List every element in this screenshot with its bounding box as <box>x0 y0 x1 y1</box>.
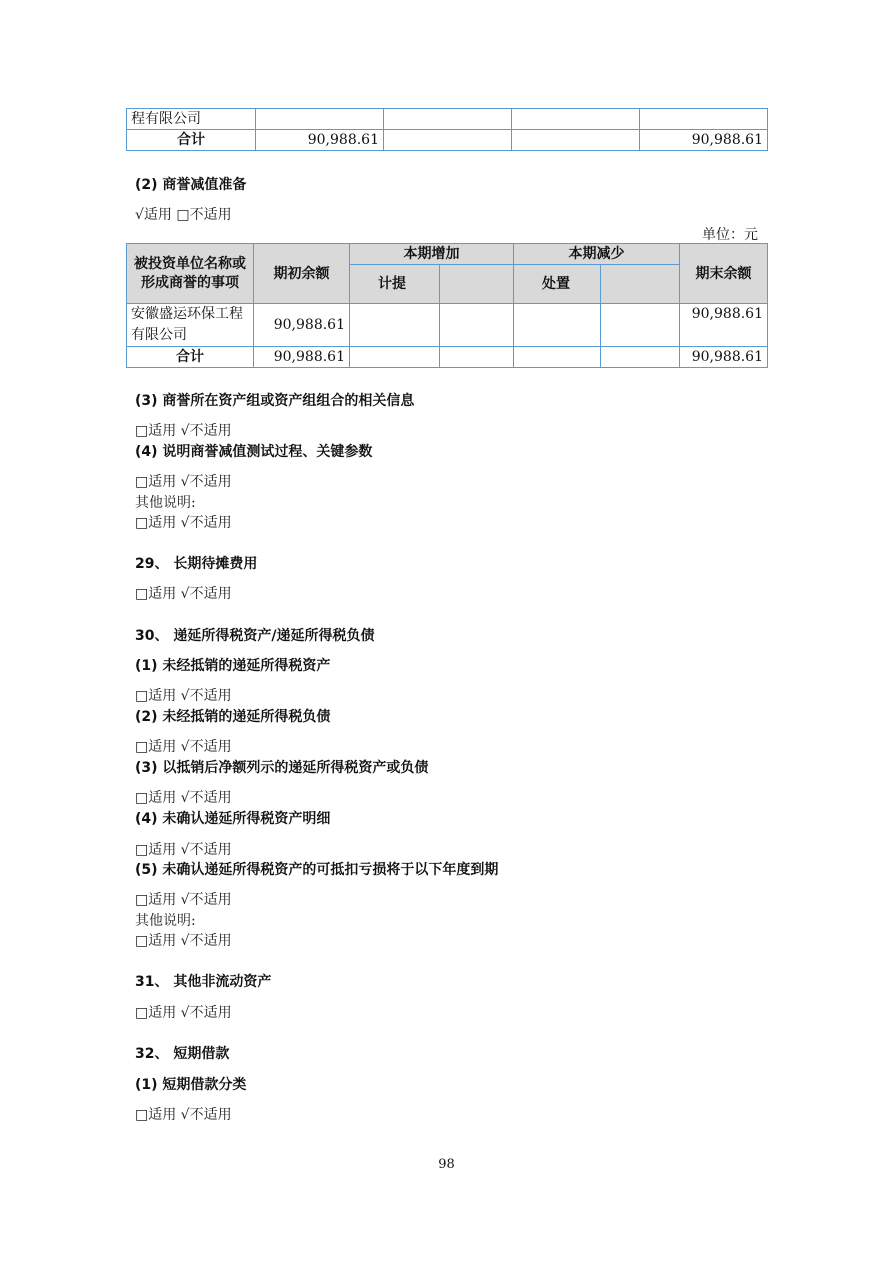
cell-opening: 90,988.61 <box>254 347 350 368</box>
applicability-status: □适用 √不适用 <box>135 889 232 909</box>
other-note-label: 其他说明: <box>135 910 196 930</box>
header-opening: 期初余额 <box>254 244 350 304</box>
cell-dec2 <box>601 347 680 368</box>
section-heading: (3) 以抵销后净额列示的递延所得税资产或负债 <box>135 757 428 777</box>
applicability-status: □适用 √不适用 <box>135 420 232 440</box>
page-number: 98 <box>0 1157 893 1172</box>
cell-closing: 90,988.61 <box>640 130 768 151</box>
item-heading: 32、 短期借款 <box>135 1043 229 1063</box>
section-heading: (4) 未确认递延所得税资产明细 <box>135 808 330 828</box>
cell-closing <box>640 109 768 130</box>
other-note-label: 其他说明: <box>135 492 196 512</box>
header-row: 被投资单位名称或形成商誉的事项 期初余额 本期增加 本期减少 期末余额 <box>127 244 768 265</box>
cell-name: 合计 <box>127 347 254 368</box>
cell-inc2 <box>440 347 514 368</box>
section-heading: (4) 说明商誉减值测试过程、关键参数 <box>135 441 372 461</box>
applicability-status: □适用 √不适用 <box>135 930 232 950</box>
section-heading: (1) 短期借款分类 <box>135 1074 246 1094</box>
cell-dec1 <box>514 347 601 368</box>
section-heading: (5) 未确认递延所得税资产的可抵扣亏损将于以下年度到期 <box>135 859 498 879</box>
cell-increase <box>384 130 512 151</box>
section-heading: (2) 商誉减值准备 <box>135 174 246 194</box>
table-row-total: 合计 90,988.61 90,988.61 <box>127 130 768 151</box>
cell-closing: 90,988.61 <box>680 304 768 347</box>
cell-inc1 <box>350 347 440 368</box>
section-heading: (2) 未经抵销的递延所得税负债 <box>135 706 330 726</box>
table-row: 安徽盛运环保工程有限公司 90,988.61 90,988.61 <box>127 304 768 347</box>
header-increase: 本期增加 <box>350 244 514 265</box>
item-heading: 29、 长期待摊费用 <box>135 553 257 573</box>
cell-dec2 <box>601 304 680 347</box>
item-heading: 30、 递延所得税资产/递延所得税负债 <box>135 625 374 645</box>
applicability-status: √适用 □不适用 <box>135 204 232 224</box>
cell-closing: 90,988.61 <box>680 347 768 368</box>
cell-decrease <box>512 109 640 130</box>
applicability-status: □适用 √不适用 <box>135 512 232 532</box>
goodwill-impairment-table: 被投资单位名称或形成商誉的事项 期初余额 本期增加 本期减少 期末余额 计提 处… <box>126 243 768 368</box>
cell-opening: 90,988.61 <box>256 130 384 151</box>
applicability-status: □适用 √不适用 <box>135 839 232 859</box>
cell-opening: 90,988.61 <box>254 304 350 347</box>
table-row-total: 合计 90,988.61 90,988.61 <box>127 347 768 368</box>
header-closing: 期末余额 <box>680 244 768 304</box>
applicability-status: □适用 √不适用 <box>135 1104 232 1124</box>
cell-increase <box>384 109 512 130</box>
item-heading: 31、 其他非流动资产 <box>135 971 271 991</box>
header-increase-other <box>440 265 514 304</box>
cell-name: 程有限公司 <box>127 109 256 130</box>
section-heading: (1) 未经抵销的递延所得税资产 <box>135 655 330 675</box>
cell-name: 安徽盛运环保工程有限公司 <box>127 304 254 347</box>
goodwill-original-table-continued: 程有限公司 合计 90,988.61 90,988.61 <box>126 108 768 151</box>
applicability-status: □适用 √不适用 <box>135 736 232 756</box>
header-decrease: 本期减少 <box>514 244 680 265</box>
cell-opening <box>256 109 384 130</box>
header-decrease-other <box>601 265 680 304</box>
table-row: 程有限公司 <box>127 109 768 130</box>
cell-inc2 <box>440 304 514 347</box>
cell-decrease <box>512 130 640 151</box>
header-decrease-disposal: 处置 <box>514 265 601 304</box>
applicability-status: □适用 √不适用 <box>135 685 232 705</box>
applicability-status: □适用 √不适用 <box>135 787 232 807</box>
header-name: 被投资单位名称或形成商誉的事项 <box>127 244 254 304</box>
applicability-status: □适用 √不适用 <box>135 583 232 603</box>
applicability-status: □适用 √不适用 <box>135 471 232 491</box>
unit-label: 单位：元 <box>702 224 758 244</box>
cell-inc1 <box>350 304 440 347</box>
section-heading: (3) 商誉所在资产组或资产组组合的相关信息 <box>135 390 414 410</box>
applicability-status: □适用 √不适用 <box>135 1002 232 1022</box>
cell-dec1 <box>514 304 601 347</box>
cell-name: 合计 <box>127 130 256 151</box>
header-increase-provision: 计提 <box>350 265 440 304</box>
